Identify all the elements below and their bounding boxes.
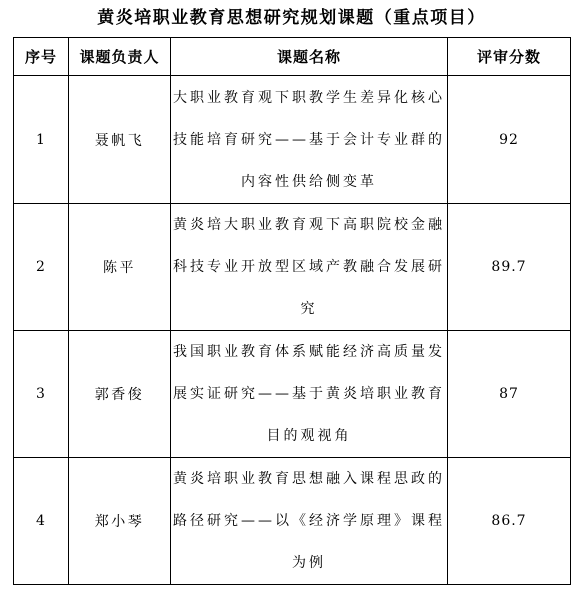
- cell-project-leader: 聂帆飞: [69, 76, 171, 204]
- document-page: 黄炎培职业教育思想研究规划课题（重点项目） 序号 课题负责人 课题名称 评审分数…: [0, 0, 576, 593]
- cell-review-score: 86.7: [448, 458, 571, 585]
- header-project-leader: 课题负责人: [69, 38, 171, 76]
- cell-project-name: 黄炎培职业教育思想融入课程思政的路径研究——以《经济学原理》课程为例: [171, 458, 448, 585]
- table-row: 2 陈平 黄炎培大职业教育观下高职院校金融科技专业开放型区域产教融合发展研究 8…: [14, 204, 571, 331]
- cell-review-score: 92: [448, 76, 571, 204]
- cell-review-score: 87: [448, 331, 571, 458]
- cell-serial-number: 4: [14, 458, 69, 585]
- cell-project-name: 黄炎培大职业教育观下高职院校金融科技专业开放型区域产教融合发展研究: [171, 204, 448, 331]
- cell-project-name: 我国职业教育体系赋能经济高质量发展实证研究——基于黄炎培职业教育目的观视角: [171, 331, 448, 458]
- cell-serial-number: 3: [14, 331, 69, 458]
- header-serial-number: 序号: [14, 38, 69, 76]
- page-title: 黄炎培职业教育思想研究规划课题（重点项目）: [13, 0, 570, 30]
- header-project-name: 课题名称: [171, 38, 448, 76]
- cell-review-score: 89.7: [448, 204, 571, 331]
- header-review-score: 评审分数: [448, 38, 571, 76]
- table-header-row: 序号 课题负责人 课题名称 评审分数: [14, 38, 571, 76]
- cell-project-name: 大职业教育观下职教学生差异化核心技能培育研究——基于会计专业群的内容性供给侧变革: [171, 76, 448, 204]
- table-row: 3 郭香俊 我国职业教育体系赋能经济高质量发展实证研究——基于黄炎培职业教育目的…: [14, 331, 571, 458]
- cell-serial-number: 2: [14, 204, 69, 331]
- table-row: 4 郑小琴 黄炎培职业教育思想融入课程思政的路径研究——以《经济学原理》课程为例…: [14, 458, 571, 585]
- projects-table: 序号 课题负责人 课题名称 评审分数 1 聂帆飞 大职业教育观下职教学生差异化核…: [13, 37, 571, 585]
- cell-project-leader: 郑小琴: [69, 458, 171, 585]
- cell-project-leader: 陈平: [69, 204, 171, 331]
- cell-project-leader: 郭香俊: [69, 331, 171, 458]
- table-row: 1 聂帆飞 大职业教育观下职教学生差异化核心技能培育研究——基于会计专业群的内容…: [14, 76, 571, 204]
- cell-serial-number: 1: [14, 76, 69, 204]
